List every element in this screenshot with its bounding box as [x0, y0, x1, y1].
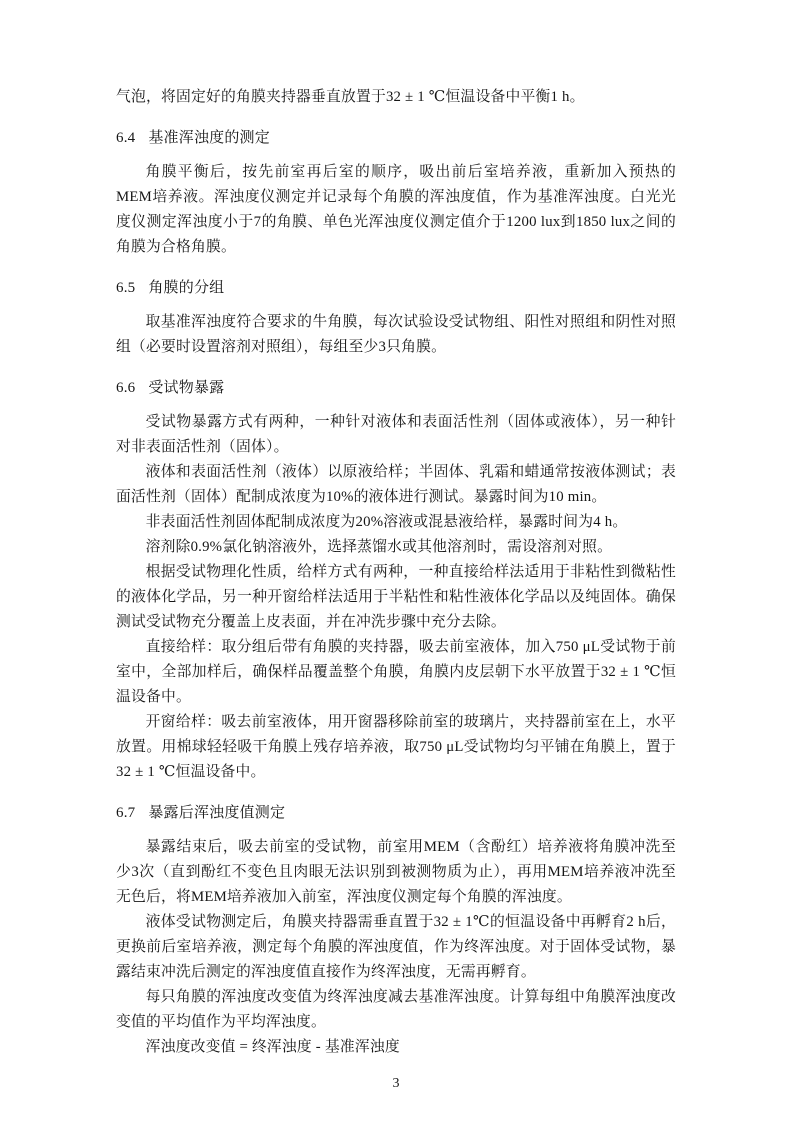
body-paragraph: 每只角膜的浑浊度改变值为终浑浊度减去基准浑浊度。计算每组中角膜浑浊度改变值的平均…: [116, 985, 676, 1035]
section-title: 受试物暴露: [148, 380, 224, 396]
section-heading-6-7: 6.7暴露后浑浊度值测定: [116, 801, 676, 826]
section-heading-6-6: 6.6受试物暴露: [116, 376, 676, 401]
section-title: 角膜的分组: [148, 280, 224, 296]
body-paragraph-direct-dosing: 直接给样：取分组后带有角膜的夹持器，吸去前室液体，加入750 μL受试物于前室中…: [116, 635, 676, 710]
section-number: 6.4: [116, 130, 135, 146]
section-title: 暴露后浑浊度值测定: [148, 805, 285, 821]
section-number: 6.7: [116, 805, 135, 821]
body-paragraph: 受试物暴露方式有两种，一种针对液体和表面活性剂（固体或液体），另一种针对非表面活…: [116, 410, 676, 460]
body-paragraph: 根据受试物理化性质，给样方式有两种，一种直接给样法适用于非粘性到微粘性的液体化学…: [116, 560, 676, 635]
page-number: 3: [116, 1074, 676, 1094]
opacity-change-formula: 浑浊度改变值 = 终浑浊度 - 基准浑浊度: [116, 1035, 676, 1060]
body-paragraph: 液体受试物测定后，角膜夹持器需垂直置于32 ± 1℃的恒温设备中再孵育2 h后，…: [116, 910, 676, 985]
section-title: 基准浑浊度的测定: [148, 130, 270, 146]
body-paragraph: 角膜平衡后，按先前室再后室的顺序，吸出前后室培养液，重新加入预热的MEM培养液。…: [116, 160, 676, 260]
section-number: 6.6: [116, 380, 135, 396]
document-page: 气泡，将固定好的角膜夹持器垂直放置于32 ± 1 ℃恒温设备中平衡1 h。 6.…: [0, 0, 793, 1122]
continuation-paragraph: 气泡，将固定好的角膜夹持器垂直放置于32 ± 1 ℃恒温设备中平衡1 h。: [116, 85, 676, 110]
body-paragraph: 溶剂除0.9%氯化钠溶液外，选择蒸馏水或其他溶剂时，需设溶剂对照。: [116, 535, 676, 560]
body-paragraph: 取基准浑浊度符合要求的牛角膜，每次试验设受试物组、阳性对照组和阴性对照组（必要时…: [116, 310, 676, 360]
body-paragraph: 液体和表面活性剂（液体）以原液给样；半固体、乳霜和蜡通常按液体测试；表面活性剂（…: [116, 460, 676, 510]
section-number: 6.5: [116, 280, 135, 296]
body-paragraph: 非表面活性剂固体配制成浓度为20%溶液或混悬液给样，暴露时间为4 h。: [116, 510, 676, 535]
section-heading-6-5: 6.5角膜的分组: [116, 276, 676, 301]
body-paragraph-open-window-dosing: 开窗给样：吸去前室液体，用开窗器移除前室的玻璃片，夹持器前室在上，水平放置。用棉…: [116, 710, 676, 785]
body-paragraph: 暴露结束后，吸去前室的受试物，前室用MEM（含酚红）培养液将角膜冲洗至少3次（直…: [116, 835, 676, 910]
section-heading-6-4: 6.4基准浑浊度的测定: [116, 126, 676, 151]
